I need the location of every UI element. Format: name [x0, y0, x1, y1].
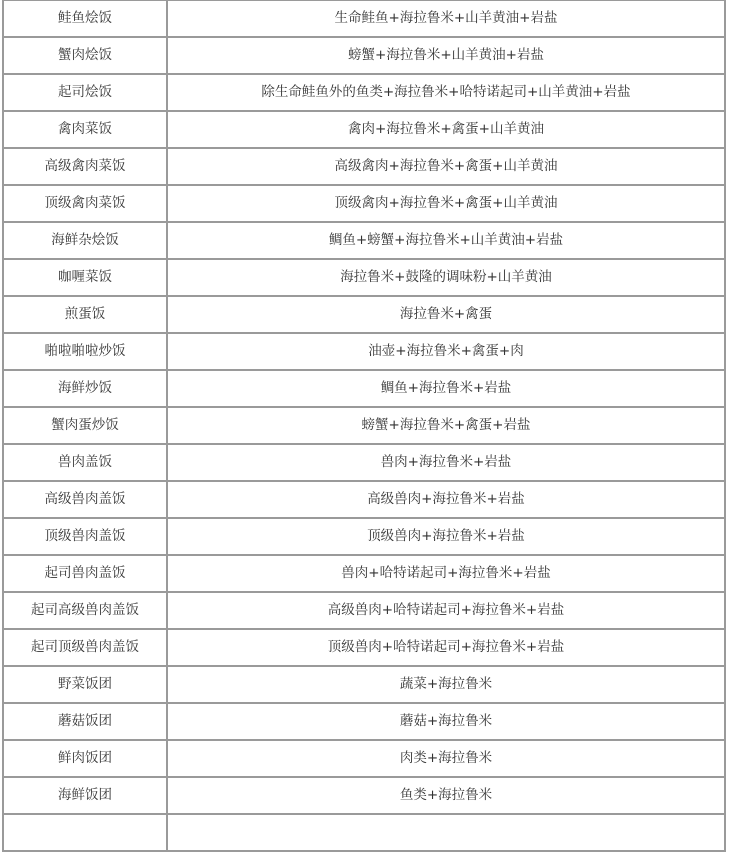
table-row: 海鲜炒饭 鲷鱼+海拉鲁米+岩盐	[3, 370, 725, 407]
dish-name-cell: 蘑菇饭团	[3, 703, 167, 740]
ingredients-cell: 蘑菇+海拉鲁米	[167, 703, 725, 740]
table-row: 顶级兽肉盖饭 顶级兽肉+海拉鲁米+岩盐	[3, 518, 725, 555]
ingredients-cell: 海拉鲁米+鼓隆的调味粉+山羊黄油	[167, 259, 725, 296]
table-row: 起司高级兽肉盖饭 高级兽肉+哈特诺起司+海拉鲁米+岩盐	[3, 592, 725, 629]
table-row: 起司顶级兽肉盖饭 顶级兽肉+哈特诺起司+海拉鲁米+岩盐	[3, 629, 725, 666]
dish-name-cell: 起司烩饭	[3, 74, 167, 111]
ingredients-cell: 鱼类+海拉鲁米	[167, 777, 725, 814]
dish-name-cell: 高级禽肉菜饭	[3, 148, 167, 185]
ingredients-cell: 鲷鱼+海拉鲁米+岩盐	[167, 370, 725, 407]
dish-name-cell: 起司顶级兽肉盖饭	[3, 629, 167, 666]
dish-name-cell: 啪啦啪啦炒饭	[3, 333, 167, 370]
table-row: 高级禽肉菜饭 高级禽肉+海拉鲁米+禽蛋+山羊黄油	[3, 148, 725, 185]
ingredients-cell: 海拉鲁米+禽蛋	[167, 296, 725, 333]
dish-name-cell: 禽肉菜饭	[3, 111, 167, 148]
table-row: 海鲜杂烩饭 鲷鱼+螃蟹+海拉鲁米+山羊黄油+岩盐	[3, 222, 725, 259]
table-row: 野菜饭团 蔬菜+海拉鲁米	[3, 666, 725, 703]
ingredients-cell: 高级禽肉+海拉鲁米+禽蛋+山羊黄油	[167, 148, 725, 185]
table-row: 煎蛋饭 海拉鲁米+禽蛋	[3, 296, 725, 333]
table-row: 起司兽肉盖饭 兽肉+哈特诺起司+海拉鲁米+岩盐	[3, 555, 725, 592]
table-row: 高级兽肉盖饭 高级兽肉+海拉鲁米+岩盐	[3, 481, 725, 518]
ingredients-cell: 高级兽肉+哈特诺起司+海拉鲁米+岩盐	[167, 592, 725, 629]
ingredients-cell: 螃蟹+海拉鲁米+禽蛋+岩盐	[167, 407, 725, 444]
dish-name-cell: 顶级禽肉菜饭	[3, 185, 167, 222]
ingredients-cell: 生命鲑鱼+海拉鲁米+山羊黄油+岩盐	[167, 0, 725, 37]
dish-name-cell: 蟹肉蛋炒饭	[3, 407, 167, 444]
ingredients-cell: 蔬菜+海拉鲁米	[167, 666, 725, 703]
table-row: 蟹肉蛋炒饭 螃蟹+海拉鲁米+禽蛋+岩盐	[3, 407, 725, 444]
dish-name-cell: 蟹肉烩饭	[3, 37, 167, 74]
table-row: 蘑菇饭团 蘑菇+海拉鲁米	[3, 703, 725, 740]
ingredients-cell: 鲷鱼+螃蟹+海拉鲁米+山羊黄油+岩盐	[167, 222, 725, 259]
ingredients-cell: 肉类+海拉鲁米	[167, 740, 725, 777]
dish-name-cell: 咖喱菜饭	[3, 259, 167, 296]
table-row: 蟹肉烩饭 螃蟹+海拉鲁米+山羊黄油+岩盐	[3, 37, 725, 74]
recipe-table-container: 鲑鱼烩饭 生命鲑鱼+海拉鲁米+山羊黄油+岩盐 蟹肉烩饭 螃蟹+海拉鲁米+山羊黄油…	[2, 0, 726, 817]
table-row: 起司烩饭 除生命鲑鱼外的鱼类+海拉鲁米+哈特诺起司+山羊黄油+岩盐	[3, 74, 725, 111]
ingredients-cell: 除生命鲑鱼外的鱼类+海拉鲁米+哈特诺起司+山羊黄油+岩盐	[167, 74, 725, 111]
ingredients-cell: 螃蟹+海拉鲁米+山羊黄油+岩盐	[167, 37, 725, 74]
dish-name-cell: 海鲜饭团	[3, 777, 167, 814]
dish-name-cell: 煎蛋饭	[3, 296, 167, 333]
dish-name-cell: 起司高级兽肉盖饭	[3, 592, 167, 629]
ingredients-cell: 顶级兽肉+海拉鲁米+岩盐	[167, 518, 725, 555]
dish-name-cell: 高级兽肉盖饭	[3, 481, 167, 518]
dish-name-cell: 顶级兽肉盖饭	[3, 518, 167, 555]
ingredients-cell: 顶级兽肉+哈特诺起司+海拉鲁米+岩盐	[167, 629, 725, 666]
table-row: 啪啦啪啦炒饭 油壶+海拉鲁米+禽蛋+肉	[3, 333, 725, 370]
dish-name-cell: 鲑鱼烩饭	[3, 0, 167, 37]
dish-name-cell: 海鲜杂烩饭	[3, 222, 167, 259]
ingredients-cell: 高级兽肉+海拉鲁米+岩盐	[167, 481, 725, 518]
dish-name-cell: 海鲜炒饭	[3, 370, 167, 407]
table-row: 鲜肉饭团 肉类+海拉鲁米	[3, 740, 725, 777]
table-row: 顶级禽肉菜饭 顶级禽肉+海拉鲁米+禽蛋+山羊黄油	[3, 185, 725, 222]
ingredients-cell: 兽肉+海拉鲁米+岩盐	[167, 444, 725, 481]
recipe-table: 鲑鱼烩饭 生命鲑鱼+海拉鲁米+山羊黄油+岩盐 蟹肉烩饭 螃蟹+海拉鲁米+山羊黄油…	[2, 0, 726, 817]
table-row: 兽肉盖饭 兽肉+海拉鲁米+岩盐	[3, 444, 725, 481]
ingredients-cell: 兽肉+哈特诺起司+海拉鲁米+岩盐	[167, 555, 725, 592]
ingredients-cell: 顶级禽肉+海拉鲁米+禽蛋+山羊黄油	[167, 185, 725, 222]
ingredients-cell: 禽肉+海拉鲁米+禽蛋+山羊黄油	[167, 111, 725, 148]
table-row: 禽肉菜饭 禽肉+海拉鲁米+禽蛋+山羊黄油	[3, 111, 725, 148]
dish-name-cell: 鲜肉饭团	[3, 740, 167, 777]
table-row: 咖喱菜饭 海拉鲁米+鼓隆的调味粉+山羊黄油	[3, 259, 725, 296]
table-row: 海鲜饭团 鱼类+海拉鲁米	[3, 777, 725, 814]
table-row: 鲑鱼烩饭 生命鲑鱼+海拉鲁米+山羊黄油+岩盐	[3, 0, 725, 37]
ingredients-cell: 油壶+海拉鲁米+禽蛋+肉	[167, 333, 725, 370]
dish-name-cell: 野菜饭团	[3, 666, 167, 703]
dish-name-cell: 兽肉盖饭	[3, 444, 167, 481]
dish-name-cell: 起司兽肉盖饭	[3, 555, 167, 592]
